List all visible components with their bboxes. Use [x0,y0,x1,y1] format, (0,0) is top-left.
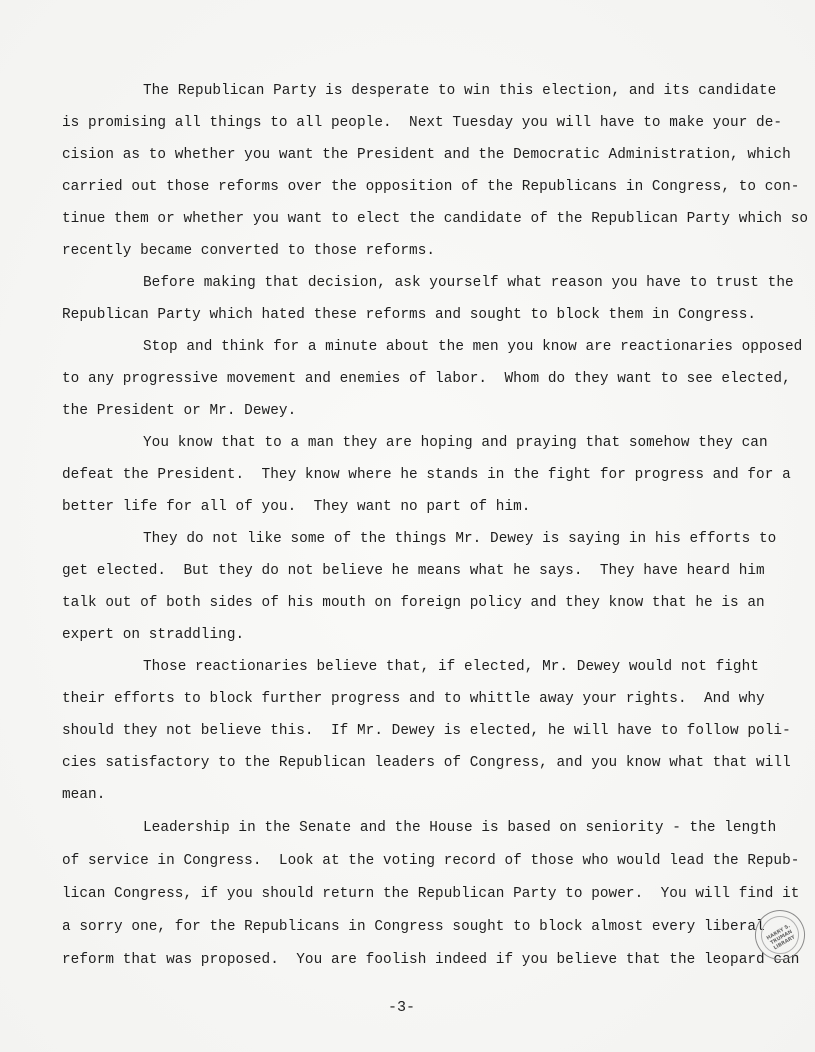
text-line: Leadership in the Senate and the House i… [143,820,776,836]
text-line: recently became converted to those refor… [62,243,435,259]
text-line: cies satisfactory to the Republican lead… [62,755,791,771]
text-line: Republican Party which hated these refor… [62,307,756,323]
text-line: better life for all of you. They want no… [62,499,530,515]
text-line: expert on straddling. [62,627,244,643]
text-line: tinue them or whether you want to elect … [62,211,808,227]
text-line: They do not like some of the things Mr. … [143,531,776,547]
text-line: talk out of both sides of his mouth on f… [62,595,765,611]
text-line: Before making that decision, ask yoursel… [143,275,794,291]
text-line: Stop and think for a minute about the me… [143,339,802,355]
text-line: a sorry one, for the Republicans in Cong… [62,919,765,935]
text-line: Those reactionaries believe that, if ele… [143,659,759,675]
text-line: cision as to whether you want the Presid… [62,147,791,163]
page-number: -3- [388,1000,415,1016]
document-page: The Republican Party is desperate to win… [0,0,815,1052]
text-line: of service in Congress. Look at the voti… [62,853,799,869]
text-line: The Republican Party is desperate to win… [143,83,776,99]
text-line: their efforts to block further progress … [62,691,765,707]
text-line: get elected. But they do not believe he … [62,563,765,579]
text-line: defeat the President. They know where he… [62,467,791,483]
text-line: mean. [62,787,105,803]
text-line: reform that was proposed. You are foolis… [62,952,799,968]
text-line: the President or Mr. Dewey. [62,403,296,419]
text-line: carried out those reforms over the oppos… [62,179,799,195]
text-line: should they not believe this. If Mr. Dew… [62,723,791,739]
text-line: You know that to a man they are hoping a… [143,435,768,451]
text-line: to any progressive movement and enemies … [62,371,791,387]
text-line: lican Congress, if you should return the… [62,886,799,902]
text-line: is promising all things to all people. N… [62,115,782,131]
